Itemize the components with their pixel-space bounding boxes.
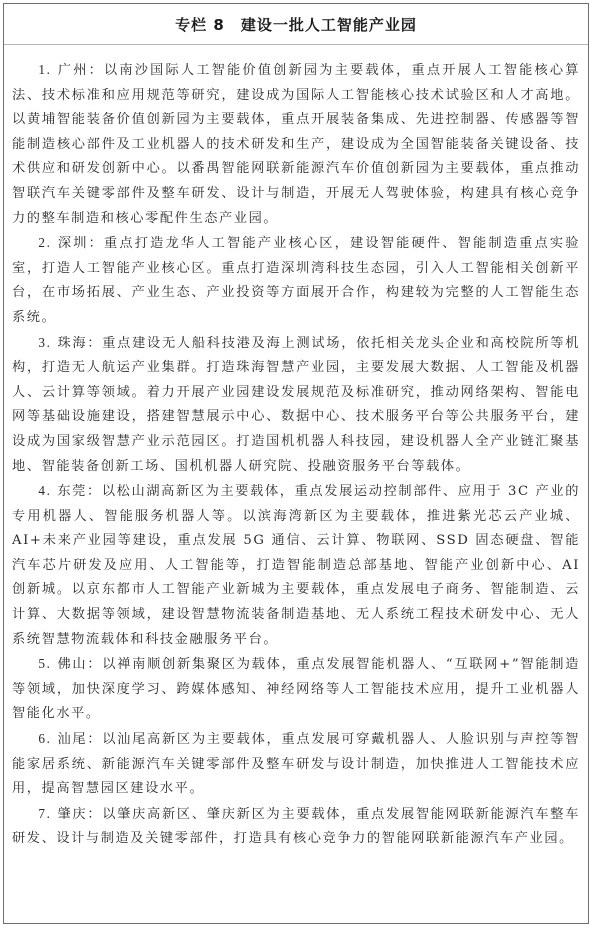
box-heading: 建设一批人工智能产业园: [241, 16, 417, 34]
item-number: 4.: [38, 483, 51, 498]
paragraph-shenzhen: 2. 深圳：重点打造龙华人工智能产业核心区，建设智能硬件、智能制造重点实验室，打…: [12, 231, 580, 330]
item-number: 7.: [38, 806, 51, 821]
box-label: 专栏 8: [175, 16, 225, 34]
item-number: 5.: [38, 656, 51, 671]
paragraph-zhaoqing: 7. 肇庆：以肇庆高新区、肇庆新区为主要载体，重点发展智能网联新能源汽车整车研发…: [12, 802, 580, 852]
box-header: 专栏 8建设一批人工智能产业园: [4, 4, 588, 45]
paragraph-zhuhai: 3. 珠海：重点建设无人船科技港及海上测试场，依托相关龙头企业和高校院所等机构，…: [12, 331, 580, 480]
item-number: 3.: [38, 335, 51, 350]
item-number: 6.: [38, 731, 51, 746]
paragraph-text: ：以肇庆高新区、肇庆新区为主要载体，重点发展智能网联新能源汽车整车研发、设计与制…: [12, 807, 580, 847]
box-body: 1. 广州：以南沙国际人工智能价值创新园为主要载体，重点开展人工智能核心算法、技…: [4, 45, 588, 852]
city-name: 广州: [58, 63, 89, 78]
box-title: 专栏 8建设一批人工智能产业园: [175, 14, 417, 35]
item-number: 1.: [38, 62, 51, 77]
city-name: 珠海: [57, 336, 87, 351]
city-name: 东莞: [57, 484, 87, 499]
paragraph-text: ：以汕尾高新区为主要载体，重点发展可穿戴机器人、人脸识别与声控等智能家居系统、新…: [12, 732, 580, 796]
paragraph-text: ：以松山湖高新区为主要载体，重点发展运动控制部件、应用于 3C 产业的专用机器人…: [12, 484, 580, 647]
paragraph-text: ：以南沙国际人工智能价值创新园为主要载体，重点开展人工智能核心算法、技术标准和应…: [12, 63, 580, 226]
paragraph-foshan: 5. 佛山：以禅南顺创新集聚区为载体，重点发展智能机器人、“互联网+”智能制造等…: [12, 652, 580, 727]
item-number: 2.: [38, 235, 51, 250]
paragraph-dongguan: 4. 东莞：以松山湖高新区为主要载体，重点发展运动控制部件、应用于 3C 产业的…: [12, 479, 580, 652]
city-name: 深圳: [58, 236, 89, 251]
city-name: 佛山: [57, 657, 87, 672]
city-name: 肇庆: [57, 807, 87, 822]
feature-box: 专栏 8建设一批人工智能产业园 1. 广州：以南沙国际人工智能价值创新园为主要载…: [3, 3, 589, 924]
paragraph-guangzhou: 1. 广州：以南沙国际人工智能价值创新园为主要载体，重点开展人工智能核心算法、技…: [12, 58, 580, 231]
city-name: 汕尾: [57, 732, 87, 747]
paragraph-text: ：以禅南顺创新集聚区为载体，重点发展智能机器人、“互联网+”智能制造等领域，加快…: [12, 657, 580, 721]
paragraph-text: ：重点打造龙华人工智能产业核心区，建设智能硬件、智能制造重点实验室，打造人工智能…: [12, 236, 580, 325]
paragraph-text: ：重点建设无人船科技港及海上测试场，依托相关龙头企业和高校院所等机构，打造无人航…: [12, 336, 580, 474]
paragraph-shanwei: 6. 汕尾：以汕尾高新区为主要载体，重点发展可穿戴机器人、人脸识别与声控等智能家…: [12, 727, 580, 802]
